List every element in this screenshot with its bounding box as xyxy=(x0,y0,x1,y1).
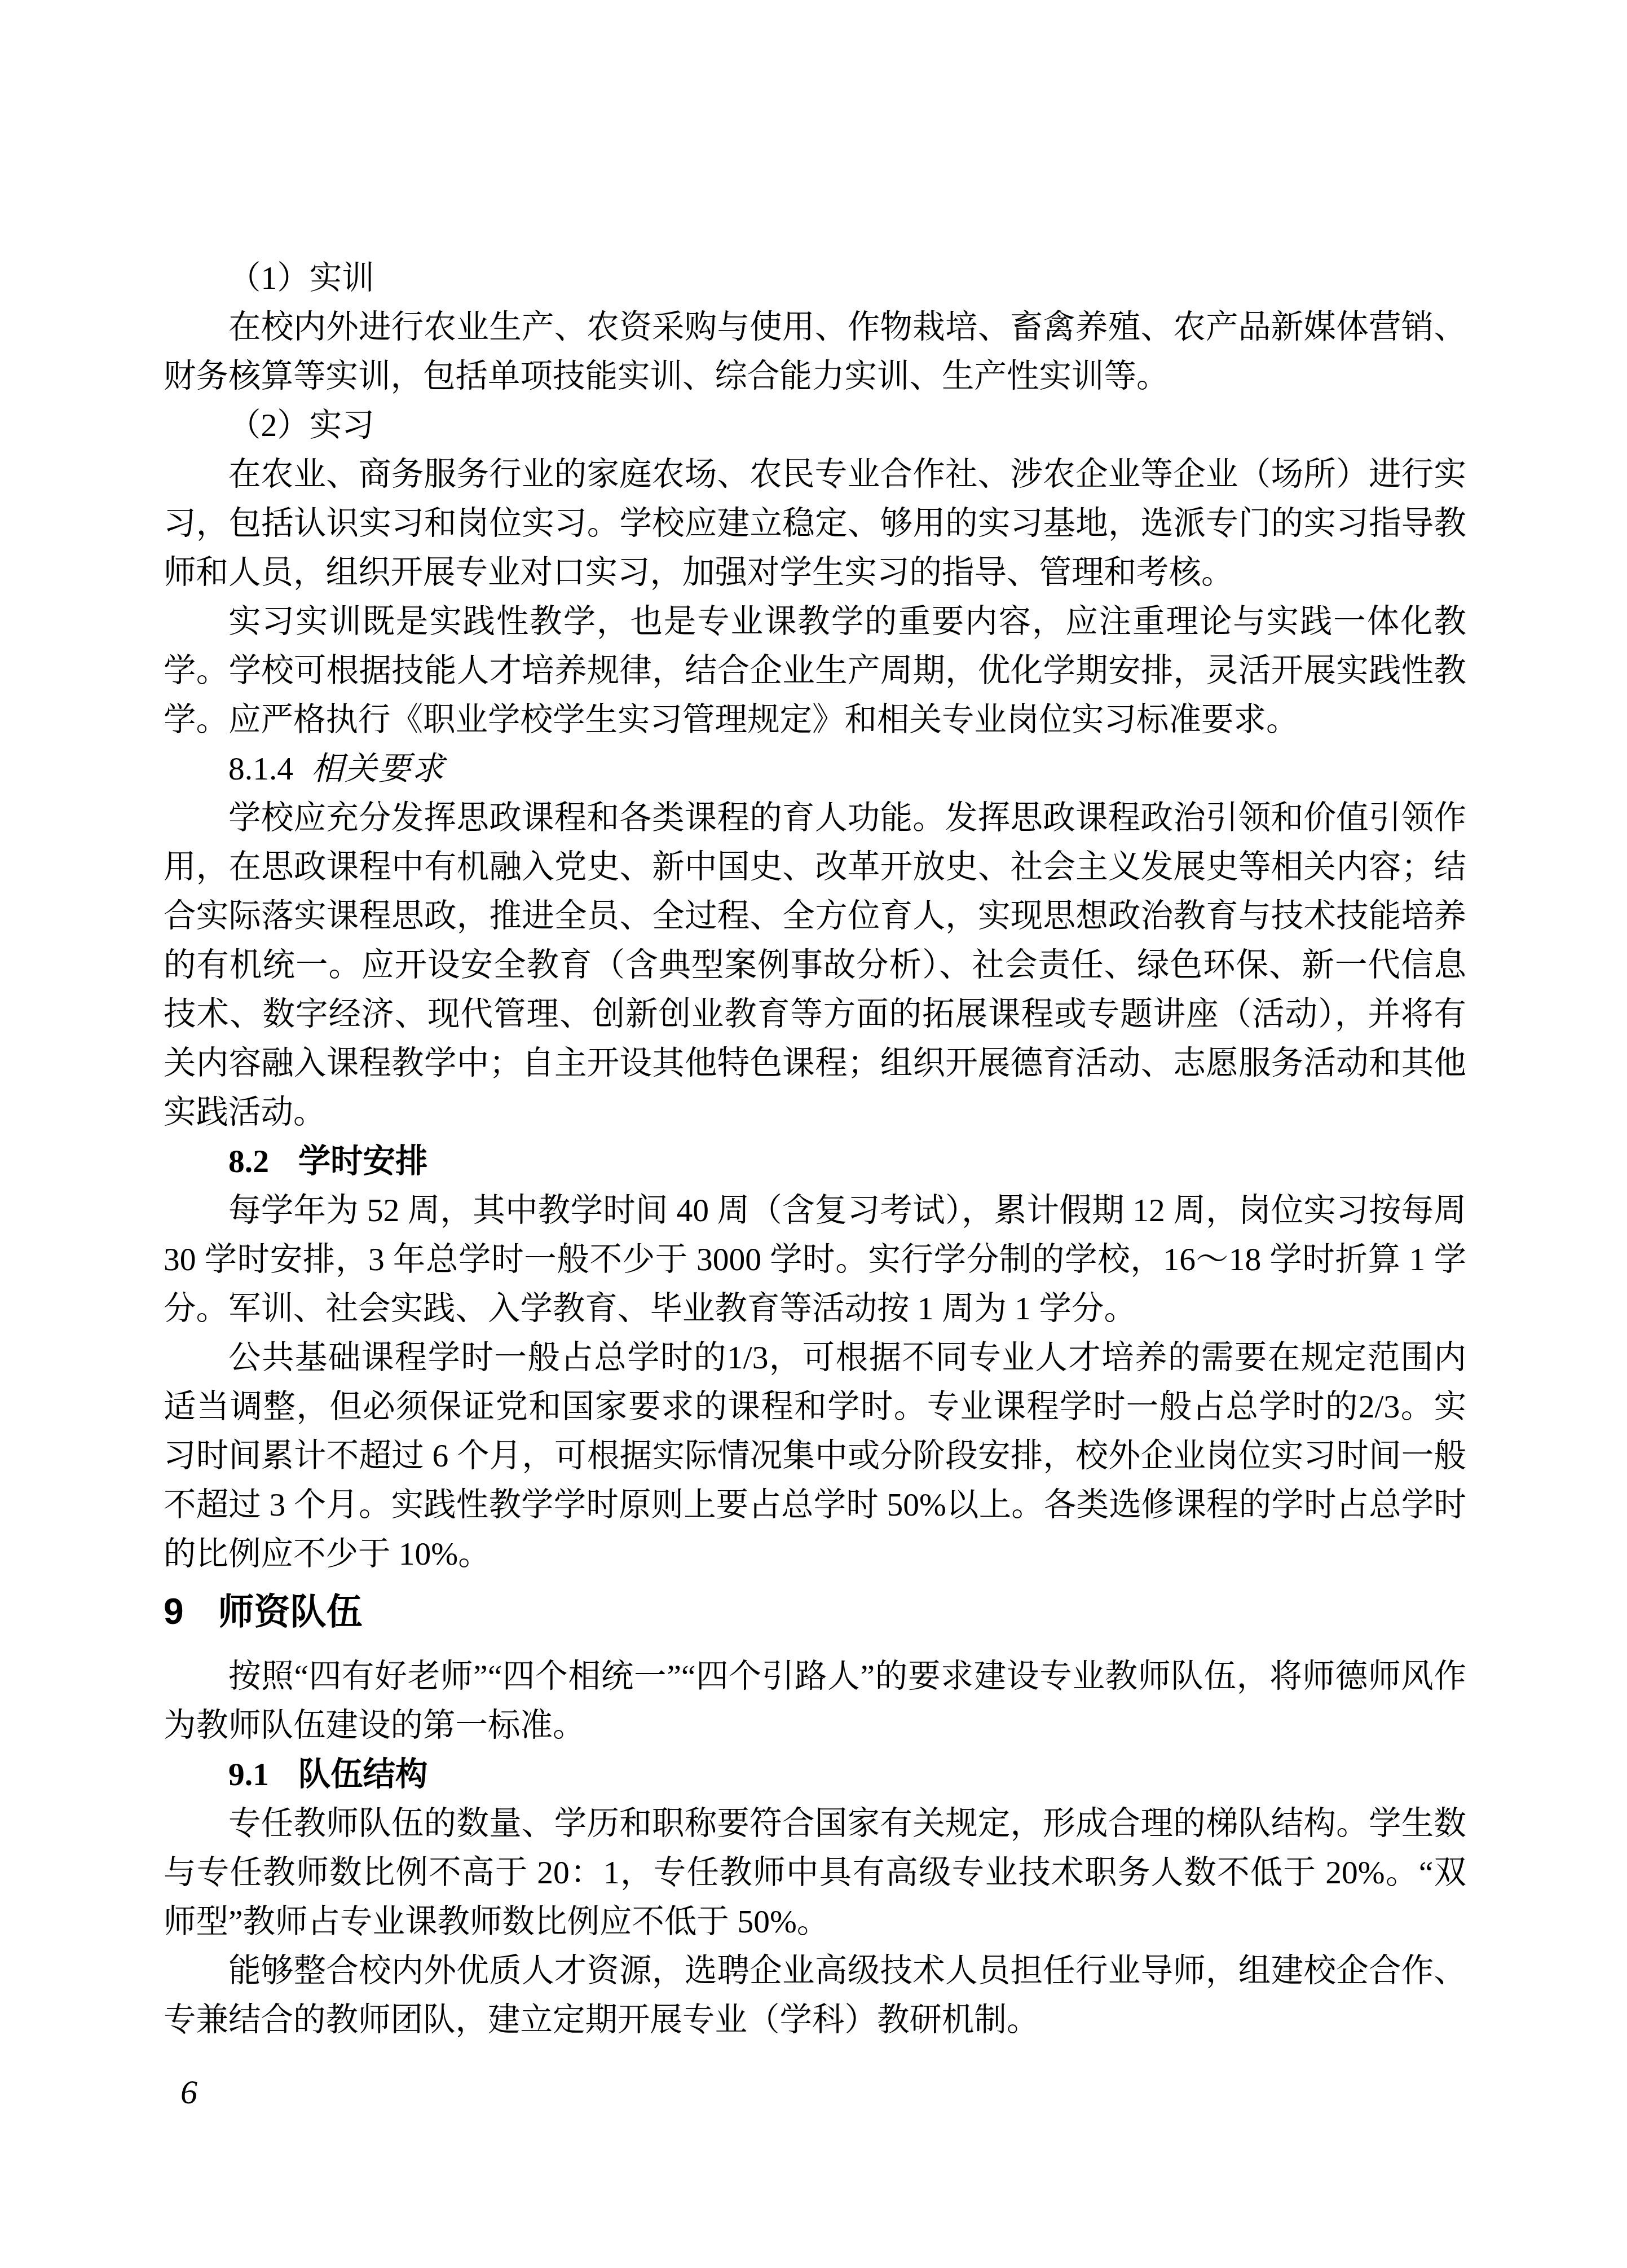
paragraph-teacher-team-structure: 专任教师队伍的数量、学历和职称要符合国家有关规定，形成合理的梯队结构。学生数与专… xyxy=(164,1799,1466,1946)
subsection-number: 8.1.4 xyxy=(228,751,293,787)
subsection-title: 相关要求 xyxy=(311,751,446,787)
section-title: 队伍结构 xyxy=(298,1757,428,1793)
paragraph-internship-detail: 在农业、商务服务行业的家庭农场、农民专业合作社、涉农企业等企业（场所）进行实习，… xyxy=(164,450,1466,597)
document-content: （1）实训 在校内外进行农业生产、农资采购与使用、作物栽培、畜禽养殖、农产品新媒… xyxy=(164,254,1466,2045)
paragraph-course-hours-ratio: 公共基础课程学时一般占总学时的1/3，可根据不同专业人才培养的需要在规定范围内适… xyxy=(164,1333,1466,1579)
paragraph-school-weeks: 每学年为 52 周，其中教学时间 40 周（含复习考试），累计假期 12 周，岗… xyxy=(164,1186,1466,1333)
section-number: 8.2 xyxy=(228,1144,269,1179)
document-page: （1）实训 在校内外进行农业生产、农资采购与使用、作物栽培、畜禽养殖、农产品新媒… xyxy=(0,0,1627,2268)
paragraph-internship-teaching: 实习实训既是实践性教学，也是专业课教学的重要内容，应注重理论与实践一体化教学。学… xyxy=(164,597,1466,745)
paragraph-item-1-practical-training: （1）实训 xyxy=(164,254,1466,303)
section-title: 学时安排 xyxy=(298,1144,428,1179)
chapter-heading-9: 9师资队伍 xyxy=(164,1587,1466,1636)
paragraph-item-2-internship: （2）实习 xyxy=(164,401,1466,450)
section-number: 9.1 xyxy=(228,1757,269,1793)
paragraph-practical-training-detail: 在校内外进行农业生产、农资采购与使用、作物栽培、畜禽养殖、农产品新媒体营销、财务… xyxy=(164,303,1466,401)
subsection-heading-8-1-4: 8.1.4相关要求 xyxy=(164,745,1466,794)
paragraph-ideological-education: 学校应充分发挥思政课程和各类课程的育人功能。发挥思政课程政治引领和价值引领作用，… xyxy=(164,794,1466,1137)
section-heading-9-1: 9.1队伍结构 xyxy=(164,1750,1466,1799)
page-number: 6 xyxy=(180,2075,197,2110)
paragraph-teacher-requirements: 按照“四有好老师”“四个相统一”“四个引路人”的要求建设专业教师队伍，将师德师风… xyxy=(164,1652,1466,1750)
chapter-number: 9 xyxy=(164,1591,184,1632)
section-heading-8-2: 8.2学时安排 xyxy=(164,1137,1466,1186)
paragraph-teacher-resources: 能够整合校内外优质人才资源，选聘企业高级技术人员担任行业导师，组建校企合作、专兼… xyxy=(164,1946,1466,2045)
chapter-title: 师资队伍 xyxy=(218,1591,362,1632)
